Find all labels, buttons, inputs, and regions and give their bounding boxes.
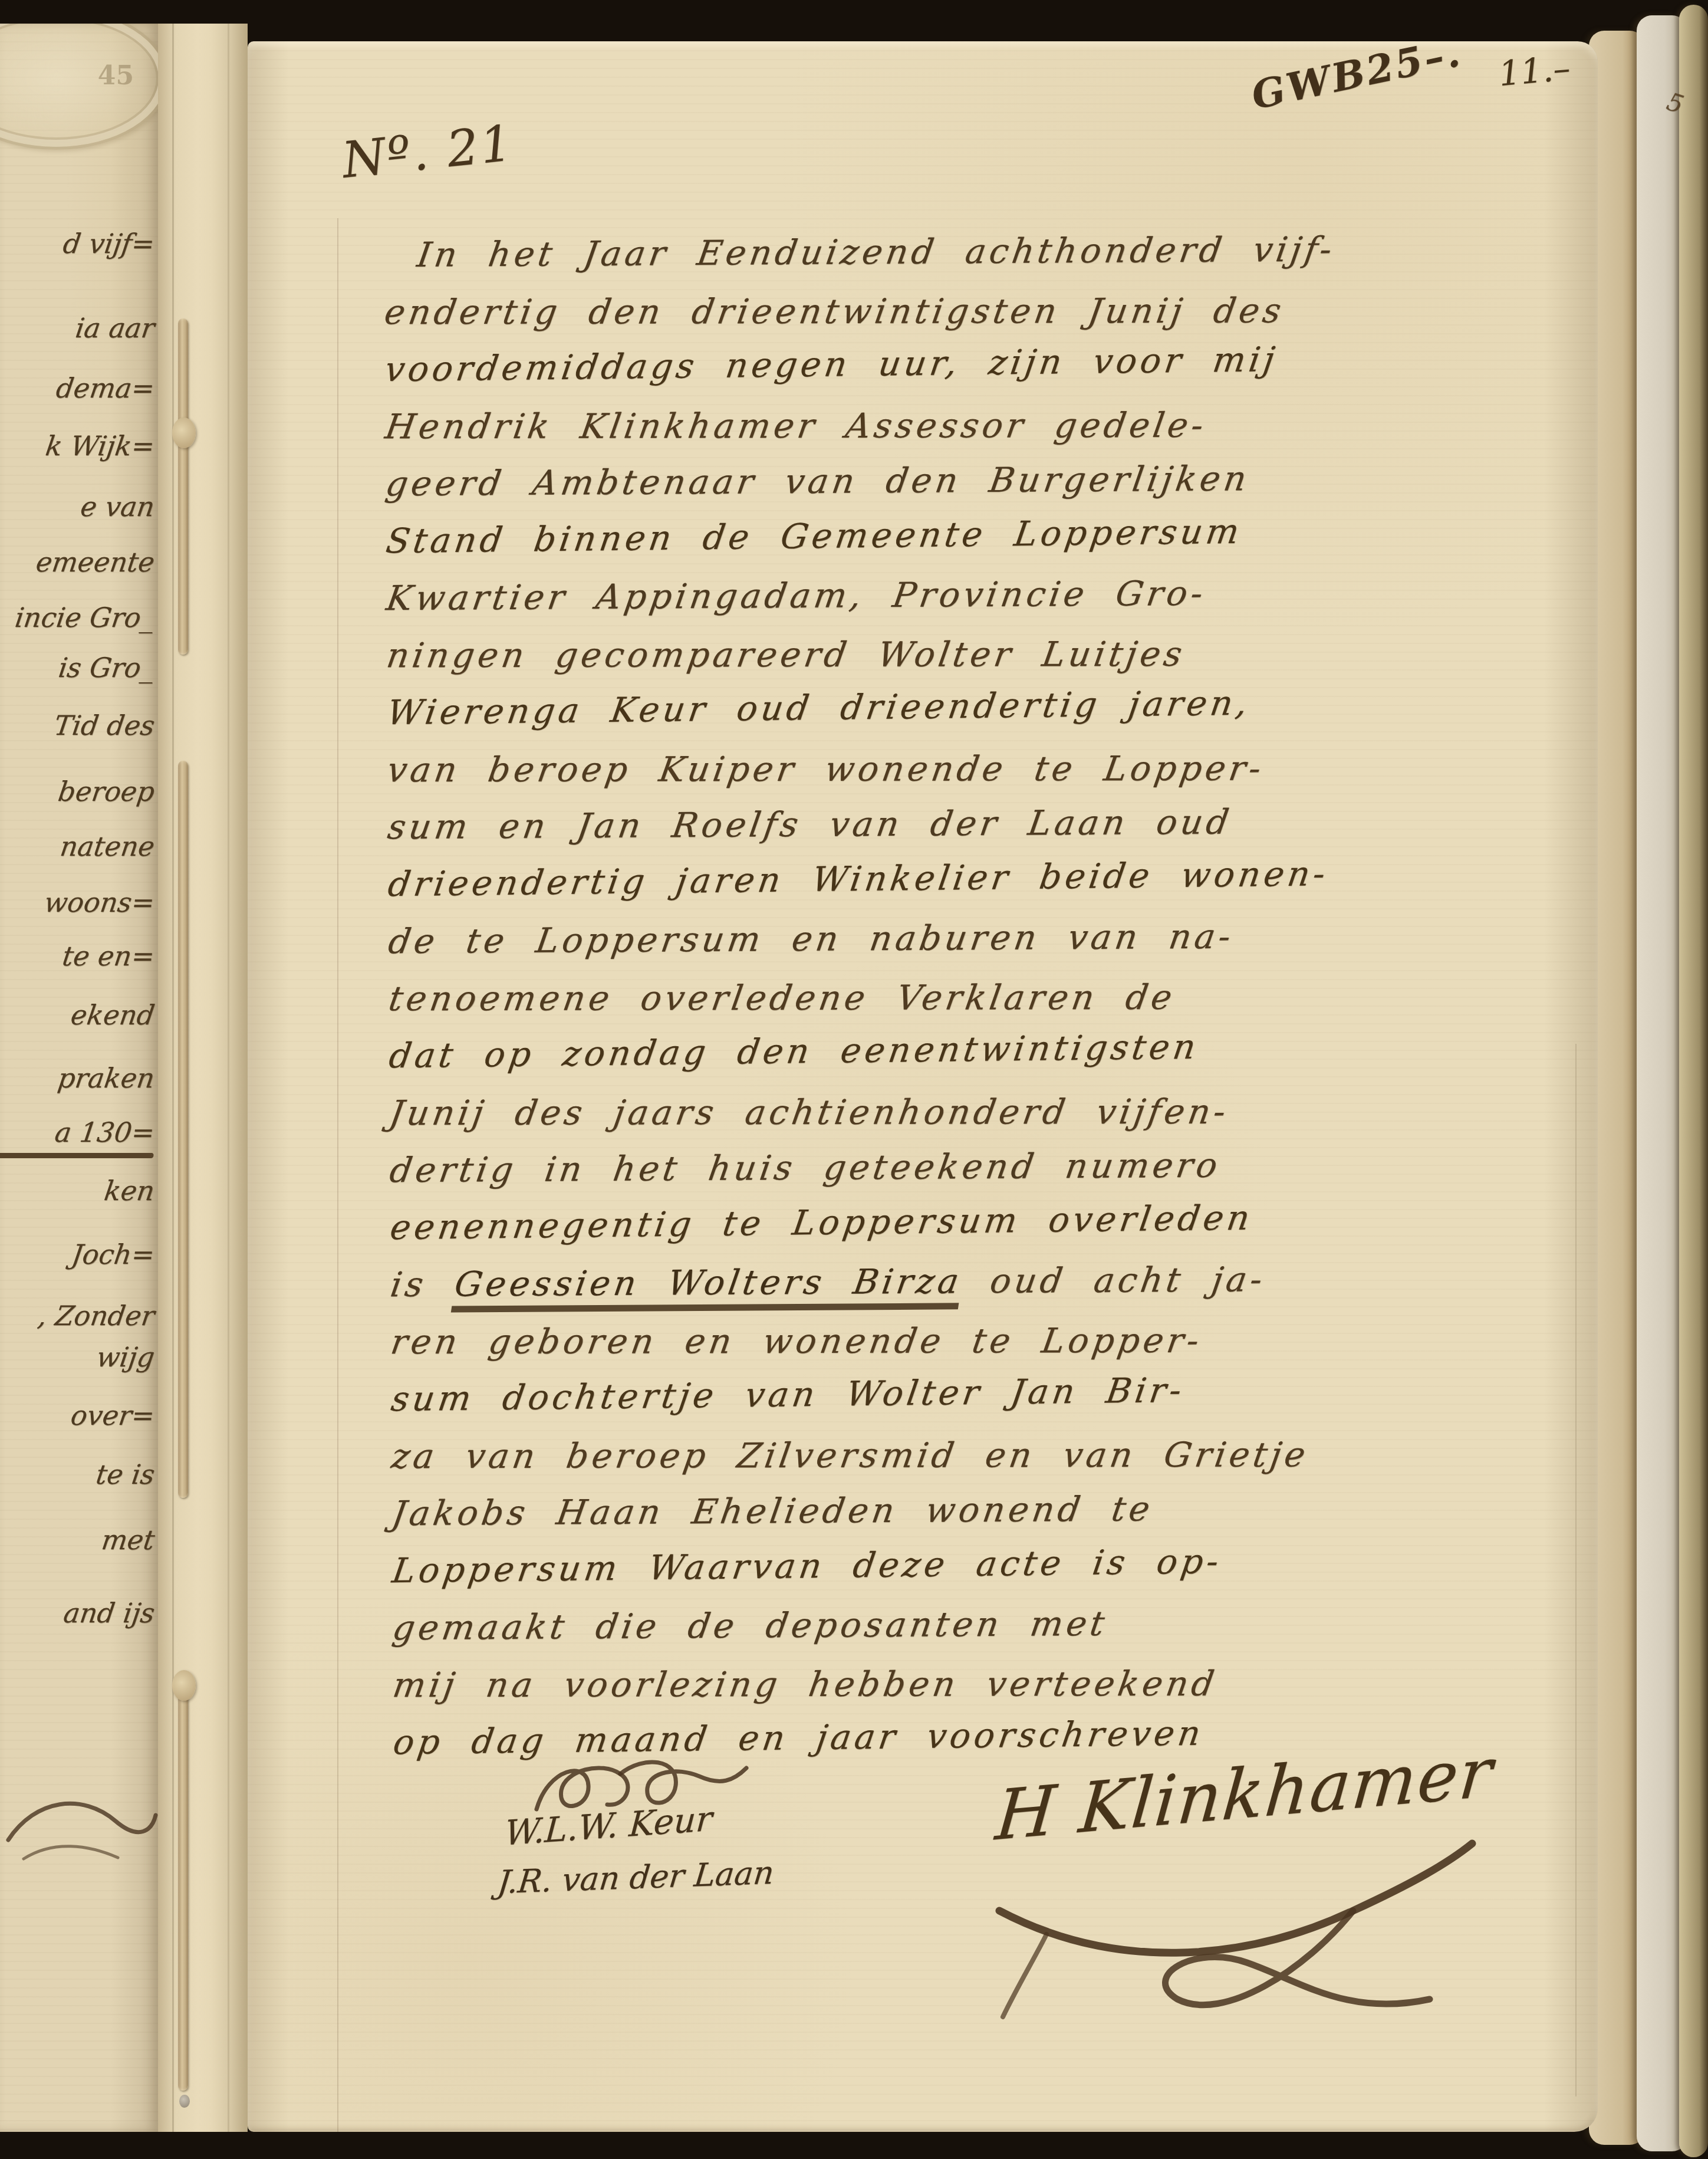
act-line-4: Hendrik Klinkhamer Assessor gedele-	[381, 396, 1592, 456]
page-number: 11.–	[1497, 48, 1572, 94]
margin-crease-line	[337, 218, 338, 2132]
left-page-fragment-4: k Wijk=	[0, 432, 156, 459]
left-page-fragment-8: is Gro_	[0, 654, 156, 681]
scanned-register-photo: 45 d vijf=ia aardema=k Wijk=e vanemeente…	[0, 0, 1708, 2159]
witness-signature-van-der-laan: J.R. van der Laan	[496, 1854, 776, 1901]
deceased-name-underlined: Geessien Wolters Birza	[451, 1261, 965, 1312]
gutter-crease	[172, 24, 174, 2132]
left-page-fragment-5: e van	[0, 493, 156, 520]
act-line-22: za van beroep Zilversmid en van Grietje	[387, 1426, 1598, 1486]
seal-number: 45	[98, 61, 134, 91]
embossed-tax-seal: 45	[0, 24, 158, 150]
left-page-fragment-12: woons=	[0, 889, 156, 916]
left-page-fragment-20: wijg	[0, 1343, 156, 1371]
binding-thread	[178, 761, 188, 1498]
left-page-fragment-3: dema=	[0, 374, 156, 402]
act-line-16: Junij des jaars achtienhonderd vijfen-	[386, 1083, 1597, 1142]
left-page-fragment-1: d vijf=	[0, 230, 156, 257]
left-page-fragment-22: te is	[0, 1461, 156, 1488]
left-signature-flourish	[0, 1769, 158, 1875]
binding-thread-knot	[172, 1670, 196, 1701]
binding-thread-knot	[172, 418, 196, 448]
left-page-fragment-13: te en=	[0, 942, 156, 970]
page-edge-stack	[1679, 5, 1708, 2157]
gutter-crease	[228, 24, 229, 2132]
binding-thread	[178, 318, 188, 655]
left-page-fragment-19: , Zonder	[0, 1302, 156, 1329]
act-line-7: Kwartier Appingadam, Provincie Gro-	[382, 563, 1594, 627]
act-line-25: gemaakt die de deposanten met	[389, 1592, 1598, 1657]
binding-thread-end	[179, 2095, 190, 2108]
left-page-fragment-18: Joch=	[0, 1241, 156, 1268]
left-facing-page: 45 d vijf=ia aardema=k Wijk=e vanemeente…	[0, 24, 158, 2132]
registrar-signature-flourish	[964, 1822, 1495, 2082]
act-line-19: is Geessien Wolters Birza oud acht ja-	[387, 1249, 1598, 1314]
death-record-page: GWB25–. 11.– Nº. 21 In het Jaar Eenduize…	[248, 41, 1598, 2132]
header-inspection-mark: GWB25–.	[1248, 41, 1466, 119]
left-page-fragment-14: ekend	[0, 1001, 156, 1028]
left-page-underline	[0, 1153, 154, 1158]
left-page-fragment-2: ia aar	[0, 314, 156, 341]
act-number: Nº. 21	[340, 114, 516, 189]
left-page-fragment-6: emeente	[0, 548, 156, 576]
left-page-fragment-15: praken	[0, 1064, 156, 1092]
left-page-fragment-23: met	[0, 1526, 156, 1553]
left-page-fragment-9: Tid des	[0, 712, 156, 739]
left-page-fragment-21: over=	[0, 1402, 156, 1429]
act-line-13: de te Loppersum en naburen van na-	[384, 906, 1596, 971]
left-page-fragment-11: natene	[0, 833, 156, 860]
left-page-fragment-10: beroep	[0, 778, 156, 805]
act-line-1: In het Jaar Eenduizend achthonderd vijf-	[380, 219, 1592, 284]
left-page-fragment-7: incie Gro_	[0, 604, 156, 631]
act-line-10: van beroep Kuiper wonende te Lopper-	[383, 740, 1594, 799]
left-page-fragment-16: a 130=	[0, 1119, 156, 1146]
binding-thread	[178, 1678, 188, 2091]
left-page-fragment-17: ken	[0, 1177, 156, 1204]
left-page-fragment-24: and ijs	[0, 1599, 156, 1626]
act-text-body: In het Jaar Eenduizend achthonderd vijf-…	[384, 219, 1597, 1771]
book-gutter	[158, 24, 248, 2132]
